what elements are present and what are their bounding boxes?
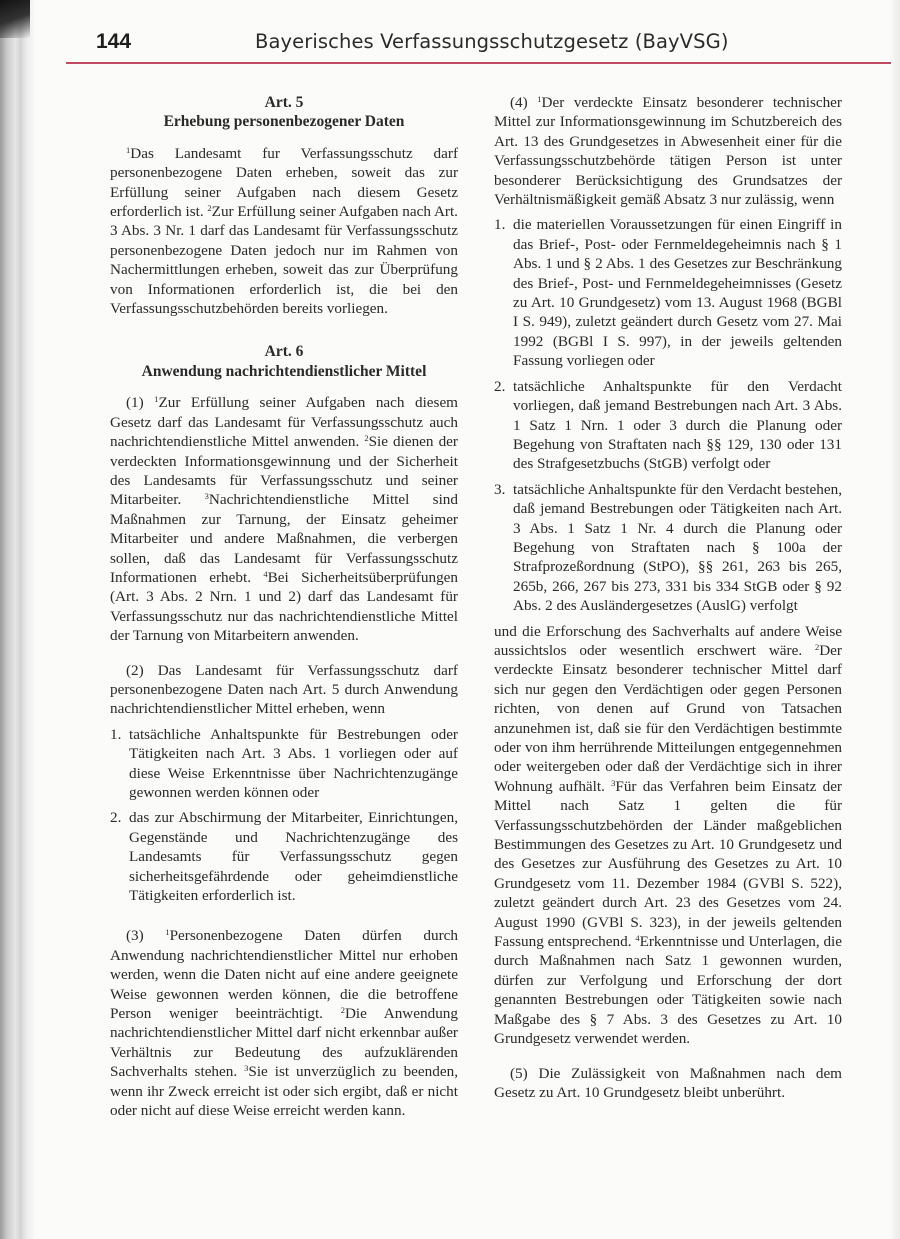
list-item: 2.tatsächliche Anhaltspunkte für den Ver… bbox=[494, 377, 842, 474]
list-number: 1. bbox=[494, 215, 505, 234]
paragraph-label: (1) bbox=[126, 394, 154, 411]
article-6-paragraph-4-intro: (4) 1Der verdeckte Einsatz besonderer te… bbox=[494, 93, 842, 209]
list-item: 1.tatsächliche Anhaltspunkte für Bestreb… bbox=[110, 725, 458, 803]
article-6-paragraph-2-intro: (2) Das Landesamt für Verfassungsschutz … bbox=[110, 661, 458, 719]
article-5-number: Art. 5 bbox=[110, 93, 458, 112]
article-5-body: 1Das Landesamt fur Verfassungsschutz dar… bbox=[110, 144, 458, 319]
list-text: die materiellen Voraussetzungen für eine… bbox=[513, 216, 842, 369]
article-6-paragraph-3: (3) 1Personenbezogene Daten dürfen durch… bbox=[110, 926, 458, 1120]
sentence-text: Erkenntnisse und Unterlagen, die durch M… bbox=[494, 933, 842, 1047]
article-6-paragraph-2-list: 1.tatsächliche Anhaltspunkte für Bestreb… bbox=[110, 725, 458, 906]
article-6-paragraph-4-continuation: und die Erforschung des Sachverhalts auf… bbox=[494, 622, 842, 1049]
list-text: tatsächliche Anhaltspunkte für den Verda… bbox=[513, 481, 842, 614]
article-6-paragraph-1: (1) 1Zur Erfüllung seiner Aufgaben nach … bbox=[110, 393, 458, 645]
list-text: tatsächliche Anhaltspunkte für Bestrebun… bbox=[129, 726, 458, 801]
sentence-text: Zur Erfüllung seiner Aufgaben nach Art. … bbox=[110, 203, 458, 317]
running-title: Bayerisches Verfassungsschutzgesetz (Bay… bbox=[255, 30, 729, 53]
list-item: 3.tatsächliche Anhaltspunkte für den Ver… bbox=[494, 480, 842, 616]
list-number: 2. bbox=[110, 808, 121, 827]
sentence-text: Der verdeckte Einsatz besonderer technis… bbox=[494, 94, 842, 208]
sentence-text: und die Erforschung des Sachverhalts auf… bbox=[494, 623, 842, 659]
book-spine-edge bbox=[0, 0, 34, 1239]
running-header: 144 Bayerisches Verfassungsschutzgesetz … bbox=[96, 26, 886, 66]
list-text: das zur Abschirmung der Mitarbeiter, Ein… bbox=[129, 809, 458, 904]
list-number: 2. bbox=[494, 377, 505, 396]
list-item: 2.das zur Abschirmung der Mitarbeiter, E… bbox=[110, 808, 458, 905]
list-number: 1. bbox=[110, 725, 121, 744]
sentence-text: Für das Verfahren beim Einsatz der Mitte… bbox=[494, 778, 842, 950]
page-number: 144 bbox=[96, 30, 131, 54]
left-column: Art. 5 Erhebung personenbezogener Daten … bbox=[110, 93, 458, 1121]
article-5-title: Erhebung personenbezogener Daten bbox=[110, 112, 458, 131]
header-rule bbox=[66, 62, 891, 64]
list-text: tatsächliche Anhaltspunkte für den Verda… bbox=[513, 378, 842, 473]
right-column: (4) 1Der verdeckte Einsatz besonderer te… bbox=[494, 93, 842, 1102]
page-edge-shadow bbox=[890, 0, 900, 1239]
article-6-title: Anwendung nachrichtendienstlicher Mittel bbox=[110, 362, 458, 381]
article-6-number: Art. 6 bbox=[110, 342, 458, 361]
list-number: 3. bbox=[494, 480, 505, 499]
article-6-paragraph-4-list: 1.die materiellen Voraussetzungen für ei… bbox=[494, 215, 842, 615]
article-6-paragraph-5: (5) Die Zulässigkeit von Maßnahmen nach … bbox=[494, 1064, 842, 1103]
paragraph-label: (4) bbox=[510, 94, 537, 111]
sentence-text: Der verdeckte Einsatz besonderer technis… bbox=[494, 642, 842, 795]
paragraph-label: (3) bbox=[126, 927, 165, 944]
list-item: 1.die materiellen Voraussetzungen für ei… bbox=[494, 215, 842, 370]
